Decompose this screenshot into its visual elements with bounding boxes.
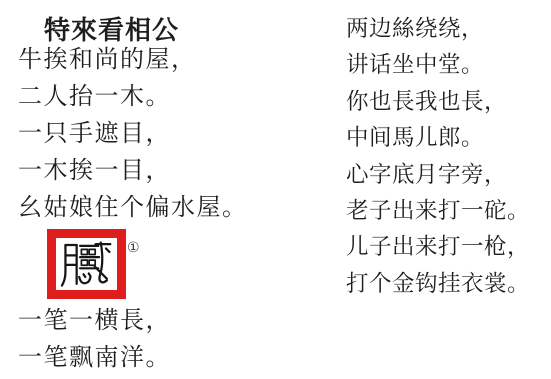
highlighted-character-box[interactable] [47,229,126,299]
riddle-line: 幺姑娘住个偏水屋。 [18,190,248,227]
riddle-line: 两边絲绕绕， [346,11,530,47]
footnote-marker: ① [127,240,140,256]
riddle-line: 一木挨一目， [18,153,248,190]
riddle-line: 老子出来打一砣。 [346,193,530,229]
riddle-line: 讲话坐中堂。 [346,47,530,83]
riddle-line: 你也長我也長， [346,84,530,120]
riddle-line: 心字底月字旁， [346,157,530,193]
riddle-line: 牛挨和尚的屋， [18,42,248,79]
left-riddle-lines: 牛挨和尚的屋， 二人抬一木。 一只手遮目， 一木挨一目， 幺姑娘住个偏水屋。 [18,42,248,227]
left-riddle-lines-after: 一笔一横長， 一笔飘南洋。 [18,303,171,376]
riddle-line: 二人抬一木。 [18,79,248,116]
riddle-line: 一笔一横長， [18,303,171,340]
riddle-line: 儿子出来打一枪， [346,229,530,265]
riddle-line: 一笔飘南洋。 [18,340,171,377]
right-riddle-lines: 两边絲绕绕， 讲话坐中堂。 你也長我也長， 中间馬儿郎。 心字底月字旁， 老子出… [346,11,530,302]
riddle-line: 中间馬儿郎。 [346,120,530,156]
rare-character-glyph [58,239,116,289]
riddle-line: 打个金钩挂衣裳。 [346,266,530,302]
scanned-riddle-page: 特來看相公 牛挨和尚的屋， 二人抬一木。 一只手遮目， 一木挨一目， 幺姑娘住个… [0,0,551,379]
riddle-line: 一只手遮目， [18,116,248,153]
